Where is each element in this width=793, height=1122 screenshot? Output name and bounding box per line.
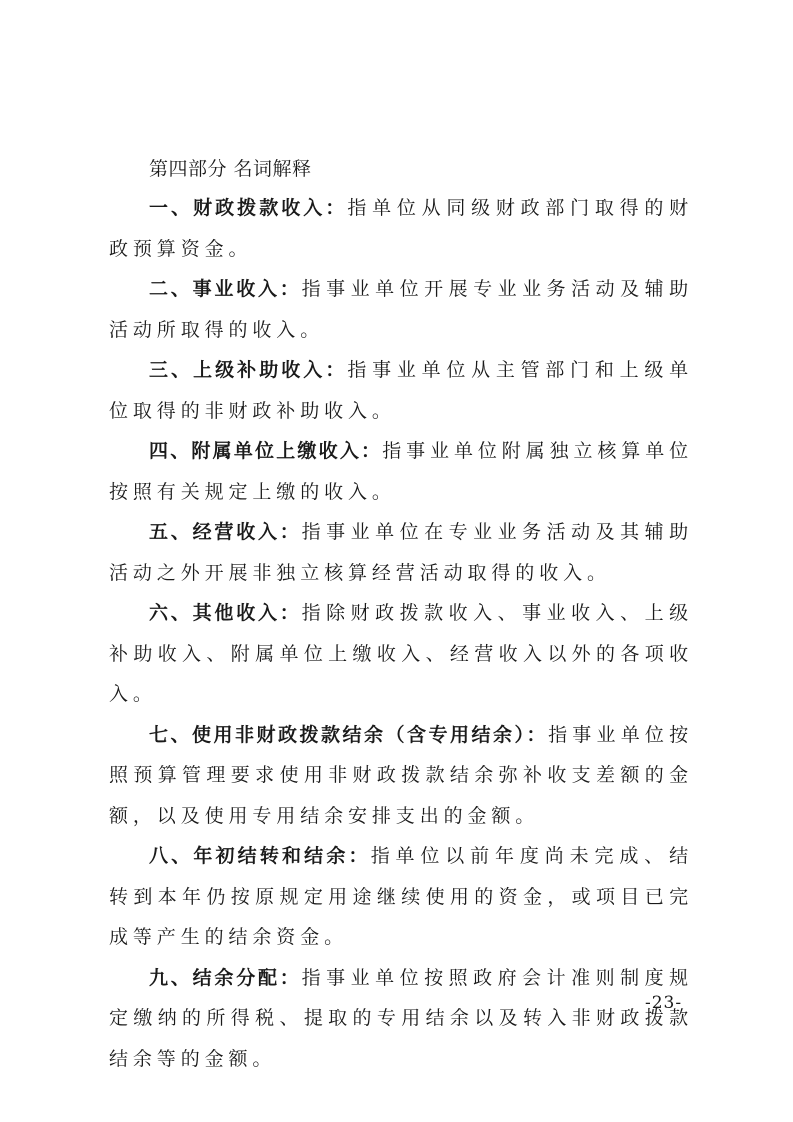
definition-4: 四、附属单位上缴收入：指事业单位附属独立核算单位按照有关规定上缴的收入。 bbox=[109, 431, 693, 512]
definition-3: 三、上级补助收入：指事业单位从主管部门和上级单位取得的非财政补助收入。 bbox=[109, 350, 693, 431]
definition-term: 六、其他收入： bbox=[149, 602, 302, 624]
definition-7: 七、使用非财政拨款结余（含专用结余）：指事业单位按照预算管理要求使用非财政拨款结… bbox=[109, 715, 693, 837]
definition-term: 七、使用非财政拨款结余（含专用结余）： bbox=[149, 724, 548, 746]
definition-8: 八、年初结转和结余：指单位以前年度尚未完成、结转到本年仍按原规定用途继续使用的资… bbox=[109, 836, 693, 958]
document-page: 第四部分 名词解释 一、财政拨款收入：指单位从同级财政部门取得的财政预算资金。 … bbox=[109, 150, 693, 1079]
definition-term: 五、经营收入： bbox=[149, 521, 302, 543]
definition-5: 五、经营收入：指事业单位在专业业务活动及其辅助活动之外开展非独立核算经营活动取得… bbox=[109, 512, 693, 593]
page-number: -23- bbox=[645, 993, 682, 1013]
definition-term: 三、上级补助收入： bbox=[149, 359, 347, 381]
definition-1: 一、财政拨款收入：指单位从同级财政部门取得的财政预算资金。 bbox=[109, 188, 693, 269]
definition-9: 九、结余分配：指事业单位按照政府会计准则制度规定缴纳的所得税、提取的专用结余以及… bbox=[109, 958, 693, 1080]
definition-term: 一、财政拨款收入： bbox=[149, 197, 347, 219]
definition-term: 九、结余分配： bbox=[149, 967, 302, 989]
definition-term: 四、附属单位上缴收入： bbox=[149, 440, 382, 462]
definition-2: 二、事业收入：指事业单位开展专业业务活动及辅助活动所取得的收入。 bbox=[109, 269, 693, 350]
definition-term: 二、事业收入： bbox=[149, 278, 302, 300]
definition-6: 六、其他收入：指除财政拨款收入、事业收入、上级补助收入、附属单位上缴收入、经营收… bbox=[109, 593, 693, 715]
section-title: 第四部分 名词解释 bbox=[149, 150, 693, 188]
definition-term: 八、年初结转和结余： bbox=[149, 845, 371, 867]
